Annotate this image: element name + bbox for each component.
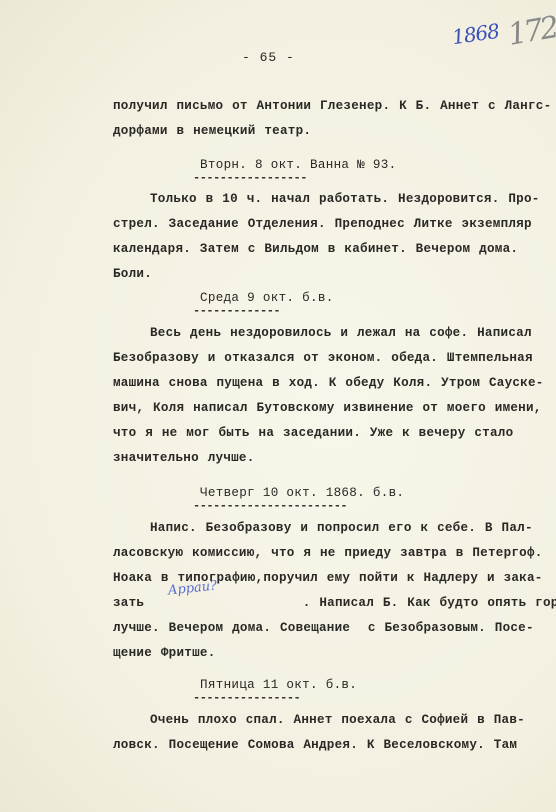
text-line: Безобразову и отказался от эконом. обеда… <box>113 351 533 365</box>
handwritten-folio-number: 172 <box>505 10 556 53</box>
text-line: машина снова пущена в ход. К обеду Коля.… <box>113 376 544 390</box>
entry-heading: Среда 9 окт. б.в. <box>200 291 334 305</box>
text-line: значительно лучше. <box>113 451 255 465</box>
document-page: 1868 172 - 65 - получил письмо от Антони… <box>0 0 556 812</box>
text-line: Напис. Безобразову и попросил его к себе… <box>150 521 533 535</box>
text-line: Боли. <box>113 267 152 281</box>
text-line: что я не мог быть на заседании. Уже к ве… <box>113 426 513 440</box>
entry-heading: Вторн. 8 окт. Ванна № 93. <box>200 158 396 172</box>
heading-underline: ----------------- <box>193 171 307 185</box>
text-line: лучше. Вечером дома. Совещание с Безобра… <box>113 621 534 635</box>
text-line: зать . Написал Б. Как будто опять горазд… <box>113 596 556 610</box>
text-line: Только в 10 ч. начал работать. Нездорови… <box>150 192 540 206</box>
text-line: стрел. Заседание Отделения. Преподнес Ли… <box>113 217 532 231</box>
heading-underline: ---------------- <box>193 691 300 705</box>
text-line: дорфами в немецкий театр. <box>113 124 311 138</box>
text-line: Очень плохо спал. Аннет поехала с Софией… <box>150 713 525 727</box>
entry-heading: Пятница 11 окт. б.в. <box>200 678 357 692</box>
text-line: щение Фритше. <box>113 646 216 660</box>
text-line: ласовскую комиссию, что я не приеду завт… <box>113 546 543 560</box>
heading-underline: ----------------------- <box>193 499 347 513</box>
text-line: ловск. Посещение Сомова Андрея. К Весело… <box>113 738 517 752</box>
heading-underline: ------------- <box>193 304 280 318</box>
text-line: Весь день нездоровилось и лежал на софе.… <box>150 326 532 340</box>
entry-heading: Четверг 10 окт. 1868. б.в. <box>200 486 404 500</box>
handwritten-year: 1868 <box>451 19 501 49</box>
text-line: календаря. Затем с Вильдом в кабинет. Ве… <box>113 242 518 256</box>
text-line: вич, Коля написал Бутовскому извинение о… <box>113 401 542 415</box>
page-number: - 65 - <box>242 50 295 65</box>
text-line: получил письмо от Антонии Глезенер. К Б.… <box>113 99 551 113</box>
